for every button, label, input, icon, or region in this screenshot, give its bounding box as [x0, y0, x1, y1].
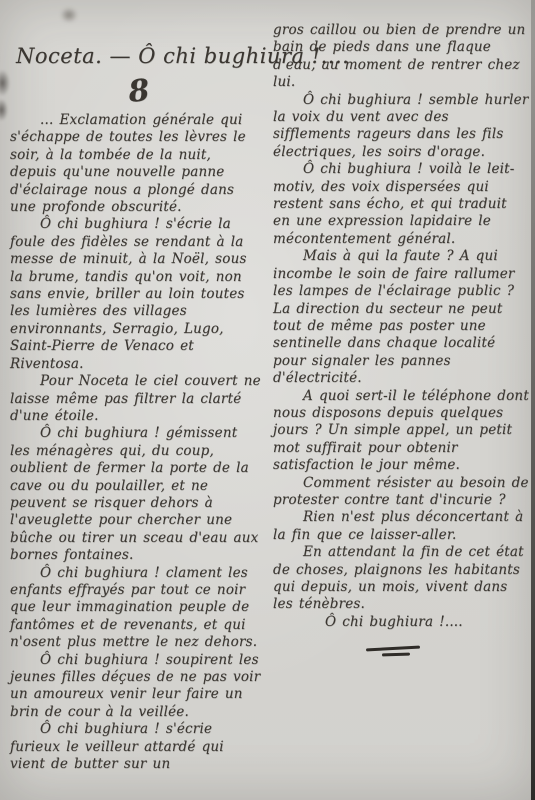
manuscript-paragraph: En attendant la fin de cet état de chose… — [273, 544, 529, 614]
manuscript-paragraph: Ô chi bughiura ! voilà le leit-motiv, de… — [273, 161, 529, 248]
manuscript-paragraph: A quoi sert-il le téléphone dont nous di… — [273, 388, 529, 475]
manuscript-paragraph: Mais à qui la faute ? A qui incombe le s… — [273, 248, 529, 387]
manuscript-paragraph: gros caillou ou bien de prendre un bain … — [273, 22, 529, 92]
end-divider — [366, 645, 426, 659]
manuscript-paragraph: Ô chi bughiura !.... — [273, 614, 529, 631]
page-title: Noceta. — Ô chi bughiura !.... — [16, 44, 266, 68]
section-flourish: 8 — [122, 73, 156, 112]
manuscript-paragraph: Pour Noceta le ciel couvert ne laisse mê… — [10, 373, 262, 425]
manuscript-paragraph: Ô chi bughiura ! gémissent les ménagères… — [10, 425, 262, 564]
photo-edge-mark — [0, 70, 10, 96]
manuscript-page: Noceta. — Ô chi bughiura !.... 8 ... Exc… — [0, 0, 535, 800]
ink-smudge — [60, 7, 78, 23]
manuscript-paragraph: Ô chi bughiura ! s'écrie furieux le veil… — [10, 721, 262, 773]
photo-edge-mark — [0, 99, 8, 121]
photo-right-edge — [531, 0, 535, 800]
manuscript-paragraph: Ô chi bughiura ! soupirent les jeunes fi… — [10, 652, 262, 722]
manuscript-paragraph: Ô chi bughiura ! s'écrie la foule des fi… — [10, 216, 262, 373]
end-divider-line — [366, 646, 420, 652]
right-column: gros caillou ou bien de prendre un bain … — [273, 22, 529, 631]
manuscript-paragraph: Ô chi bughiura ! semble hurler la voix d… — [273, 92, 529, 162]
manuscript-paragraph: Ô chi bughiura ! clament les enfants eff… — [10, 565, 262, 652]
end-divider-line — [382, 653, 410, 656]
manuscript-paragraph: Rien n'est plus déconcertant à la fin qu… — [273, 509, 529, 544]
manuscript-paragraph: ... Exclamation générale qui s'échappe d… — [10, 112, 262, 216]
left-column: ... Exclamation générale qui s'échappe d… — [10, 112, 262, 773]
manuscript-paragraph: Comment résister au besoin de protester … — [273, 475, 529, 510]
